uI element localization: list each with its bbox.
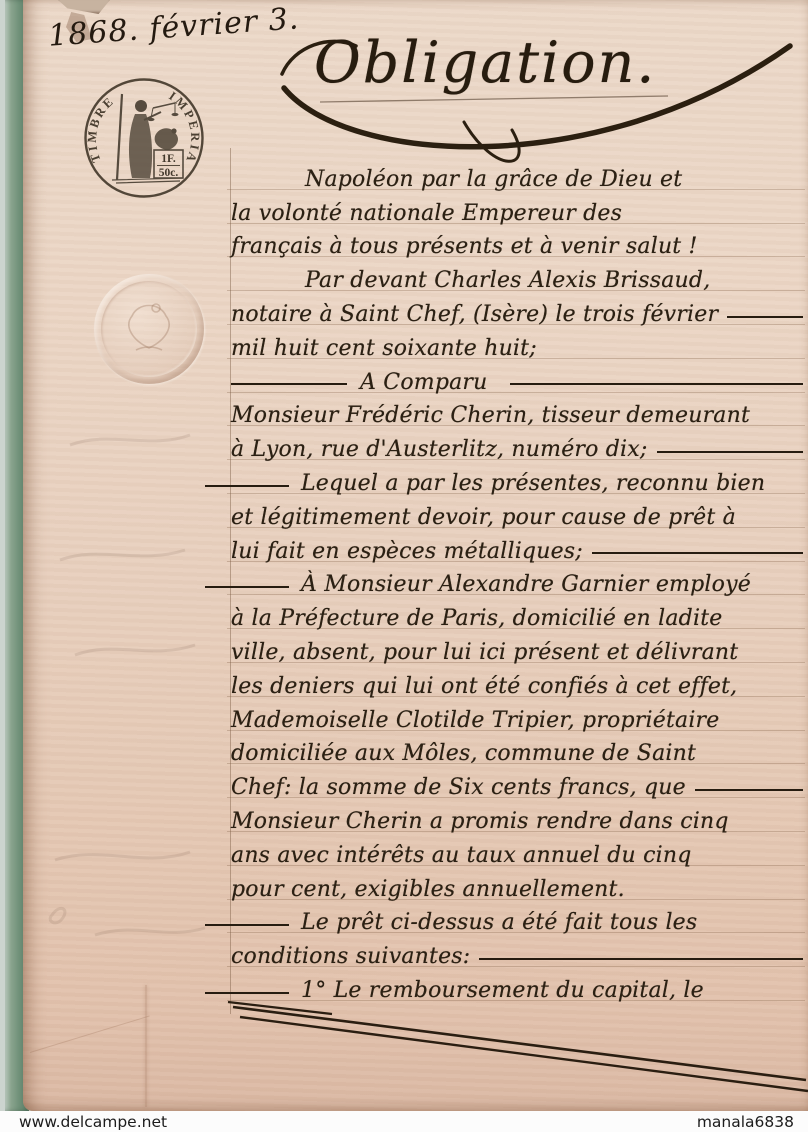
stamp-ground-line [112,178,183,183]
manuscript-line: Le prêt ci-dessus a été fait tous les [231,906,804,940]
revenue-stamp: TIMBRE IMPERIAL. 1F. [82,76,206,200]
manuscript-line: ville, absent, pour lui ici présent et d… [231,635,804,669]
manuscript-line: ans avec intérêts au taux annuel du cinq [231,838,804,872]
manuscript-line: Chef: la somme de Six cents francs, que [231,770,804,804]
eagle-icon [155,128,178,150]
manuscript-line: et légitimement devoir, pour cause de pr… [231,500,804,534]
fill-rule [479,958,803,960]
stamp-left-text: TIMBRE [85,93,118,164]
manuscript-line: Monsieur Cherin a promis rendre dans cin… [231,804,804,838]
fill-rule [231,383,347,385]
stamp-value-pedestal: 1F. 50c. [154,150,183,179]
manuscript-line: mil huit cent soixante huit; [231,331,804,365]
embossed-eagle-icon [94,274,204,384]
manuscript-text: Napoléon par la grâce de Dieu et la volo… [231,162,804,1007]
manuscript-line: français à tous présents et à venir salu… [231,230,804,264]
paragraph-dash [205,586,289,588]
fill-rule [727,316,803,318]
scanned-document: 1868. février 3. TIMBRE IMPERIAL. [0,0,808,1132]
stamp-value-top: 1F. [161,153,176,165]
fill-rule [695,789,803,791]
paragraph-dash [205,924,289,926]
stamp-value-bottom: 50c. [159,167,179,179]
manuscript-line: Mademoiselle Clotilde Tripier, propriéta… [231,703,804,737]
manuscript-line: à Lyon, rue d'Austerlitz, numéro dix; [231,432,804,466]
manuscript-line: domiciliée aux Môles, commune de Saint [231,737,804,771]
manuscript-line: Par devant Charles Alexis Brissaud, [231,263,804,297]
manuscript-line: Monsieur Frédéric Cherin, tisseur demeur… [231,399,804,433]
fill-rule [592,552,803,554]
manuscript-line: les deniers qui lui ont été confiés à ce… [231,669,804,703]
manuscript-line: la volonté nationale Empereur des [231,196,804,230]
manuscript-line: lui fait en espèces métalliques; [231,534,804,568]
manuscript-line: à la Préfecture de Paris, domicilié en l… [231,601,804,635]
manuscript-line: Napoléon par la grâce de Dieu et [231,162,804,196]
manuscript-line-comparu: A Comparu [231,365,804,399]
footer-bar: www.delcampe.net manala6838 [0,1111,808,1132]
manuscript-line: notaire à Saint Chef, (Isère) le trois f… [231,297,804,331]
svg-text:TIMBRE: TIMBRE [85,93,118,164]
fill-rule [657,451,803,453]
manuscript-line: conditions suivantes: [231,939,804,973]
manuscript-line: Lequel a par les présentes, reconnu bien [231,466,804,500]
paragraph-dash [205,992,289,994]
page-title: Obligation. [314,30,656,96]
paper-crease [145,985,147,1107]
manuscript-line: 1° Le remboursement du capital, le [231,973,804,1007]
title-block: Obligation. [268,12,806,170]
site-url: www.delcampe.net [19,1113,167,1131]
embossed-seal [94,274,204,384]
fill-rule [510,383,803,385]
manuscript-line: pour cent, exigibles annuellement. [231,872,804,906]
timbre-imperial-stamp-icon: TIMBRE IMPERIAL. 1F. [82,76,206,200]
manuscript-line: À Monsieur Alexandre Garnier employé [231,568,804,602]
paragraph-dash [205,485,289,487]
watermark-id: manala6838 [697,1113,794,1131]
